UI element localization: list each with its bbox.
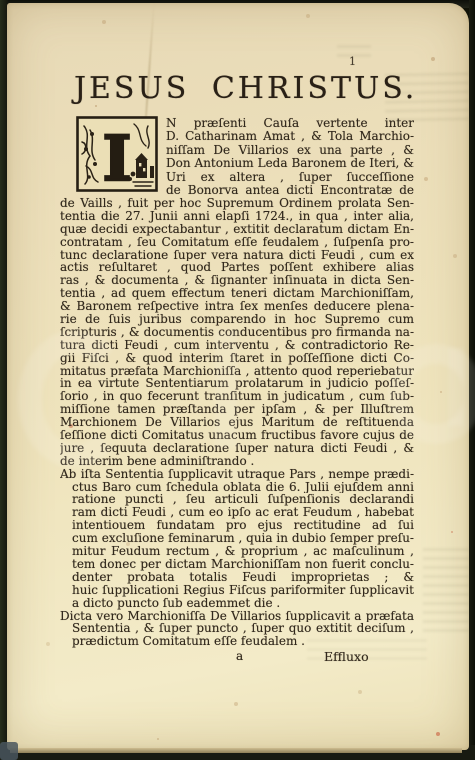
initial-letter: I — [102, 122, 131, 192]
footer-line: a Effluxo — [60, 649, 414, 663]
text-line: mitur Feudum rectum , & proprium , ac ma… — [60, 545, 414, 558]
text-line: contratam , ſeu Comitatum eſſe feudalem … — [60, 236, 414, 249]
text-line: de interim bene adminiſtrando . — [60, 455, 414, 468]
watermark-fragment — [18, 330, 132, 468]
text-line: rie de ſuis juribus comparendo in hoc Su… — [60, 313, 414, 326]
text-line: ctus Baro cum ſchedula oblata die 6. Jul… — [60, 481, 414, 494]
watermark-fragment — [214, 330, 238, 448]
book-page-stack-edge — [10, 748, 462, 753]
text-line: Dicta vero Marchioniſſa De Villarios ſup… — [60, 610, 414, 623]
paragraph-3: Dicta vero Marchioniſſa De Villarios ſup… — [60, 610, 414, 649]
watermark-fragment — [448, 348, 464, 426]
woodcut-initial-icon: I — [76, 116, 158, 192]
text-line: de Vaills , fuit per hoc Supremum Ordine… — [60, 197, 414, 210]
text-line: intentiouem fundatam pro ejus rectitudin… — [60, 519, 414, 532]
text-line: niſſam De Villarios ex una parte , & Nob… — [166, 144, 414, 157]
catchword: Effluxo — [324, 649, 369, 664]
text-line: Ab iſta Sententia ſupplicavit utraque Pa… — [60, 468, 414, 481]
text-line: a dicto puncto ſub eademmet die . — [60, 597, 414, 610]
text-line: Sententia , & ſuper puncto , ſuper quo e… — [60, 622, 414, 635]
text-line: Don Antonium Leda Baronem de Iteri, & — [166, 157, 414, 170]
text-line: N præſenti Cauſa vertente inter Illuſtre… — [166, 117, 414, 130]
text-line: tem donec per dictam Marchioniſſam non f… — [60, 558, 414, 571]
text-line: prædictum Comitatum eſſe feudalem . — [60, 635, 414, 648]
text-line: tunc declaratione ſuper vera natura dict… — [60, 249, 414, 262]
text-line: tentia , ad quem effectum teneri dictam … — [60, 287, 414, 300]
signature-mark: a — [236, 649, 243, 663]
text-line: D. Catharinam Amat , & Tola Marchio- — [166, 130, 414, 143]
page-title: JESUS CHRISTUS. — [74, 71, 417, 106]
text-line: denter probata totalis Feudi improprieta… — [60, 571, 414, 584]
text-line: cum excluſione feminarum , quia in dubio… — [60, 532, 414, 545]
scan-corner-artifact — [0, 742, 18, 760]
foxing-spots — [7, 3, 9, 5]
text-line: ras , & documenta , & ſignanter inſinuat… — [60, 274, 414, 287]
text-line: actis reſultaret , quod Partes poſſent e… — [60, 261, 414, 274]
text-line: huic ſupplicationi Regius Fiſcus parifor… — [60, 584, 414, 597]
text-line: de Bonorva antea dicti Encontratæ de Coſ… — [166, 184, 414, 197]
text-line: tentia die 27. Junii anni elapſi 1724., … — [60, 210, 414, 223]
paragraph-1-intro: N præſenti Cauſa vertente inter Illuſtre… — [166, 117, 414, 197]
scanned-book-page: 1 JESUS CHRISTUS. — [0, 0, 475, 760]
page-number: 1 — [349, 55, 356, 68]
text-line: ram dicti Feudi , cum eo ipſo ac erat Fe… — [60, 506, 414, 519]
paragraph-2: Ab iſta Sententia ſupplicavit utraque Pa… — [60, 468, 414, 610]
text-line: ratione puncti , ſeu articuli ſuſpenſion… — [60, 493, 414, 506]
text-line: Uri ex altera , ſuper ſucceſſione Comita… — [166, 171, 414, 184]
text-line: & Baronem reſpective intra ſex menſes de… — [60, 300, 414, 313]
show-through-text — [423, 548, 469, 634]
text-line: quæ decidi expectabantur , extitit decla… — [60, 223, 414, 236]
